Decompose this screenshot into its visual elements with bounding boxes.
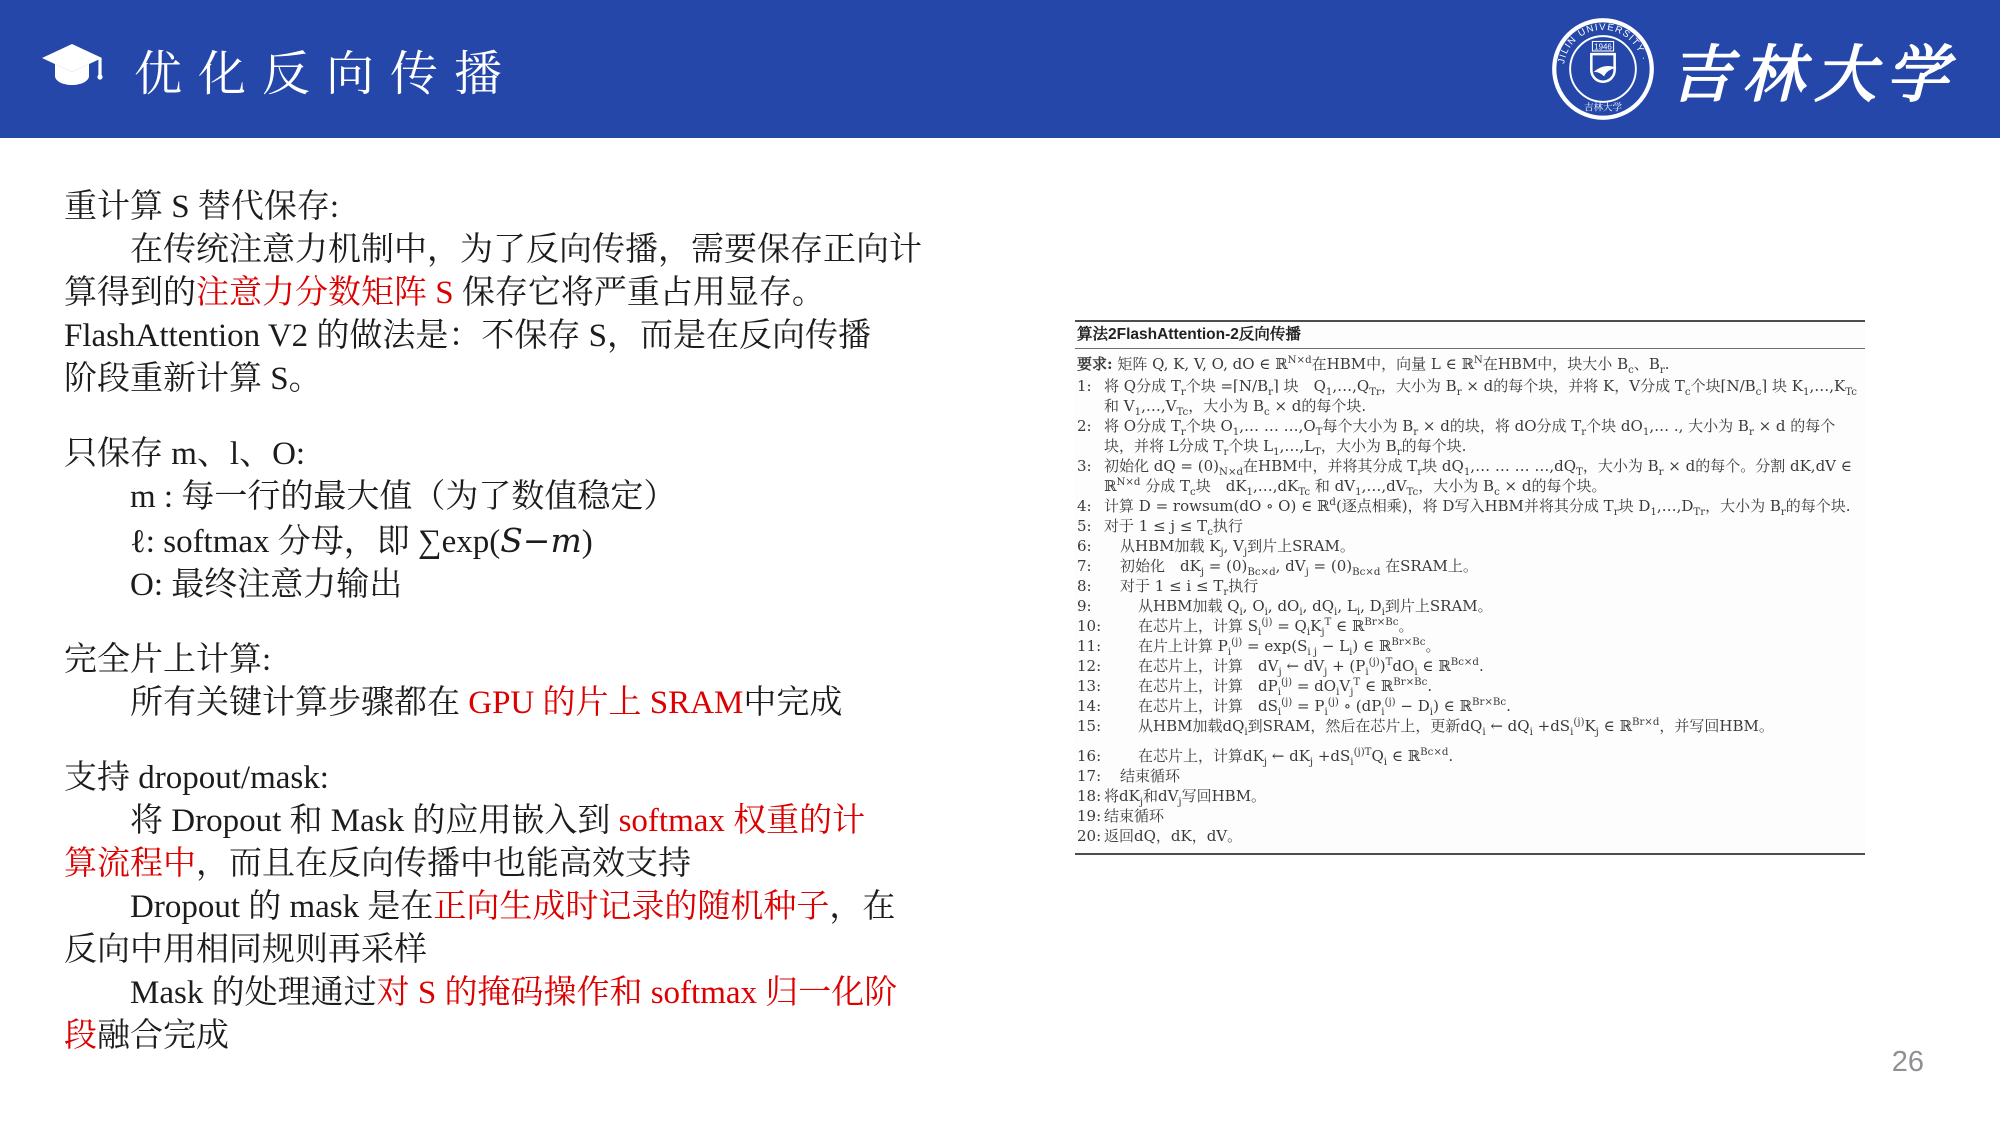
highlighted-text: 段: [64, 1018, 97, 1054]
content-column: 重计算 S 替代保存: 在传统注意力机制中，为了反向传播，需要保存正向计算得到的…: [64, 186, 1054, 1090]
list-item-l: ℓ: softmax 分母，即 ∑exp(S−m): [64, 519, 1054, 564]
algorithm-line: 15:从HBM加载dQi到SRAM，然后在芯片上，更新dQi ← dQi +dS…: [1077, 716, 1863, 736]
requirement-text: 矩阵 Q, K, V, O, dO ∈ ℝN×d在HBM中，向量 L ∈ ℝN在…: [1113, 355, 1670, 373]
section-heading: 支持 dropout/mask:: [64, 757, 1054, 800]
line-text: 返回dQ，dK，dV。: [1104, 826, 1863, 846]
algorithm-line: 10:在芯片上，计算 Si(j) = QiKjT ∈ ℝBr×Bc。: [1077, 616, 1863, 636]
line-text: 在芯片上，计算 dPi(j) = dOiVjT ∈ ℝBr×Bc.: [1104, 676, 1863, 696]
text-run: ，在: [829, 889, 895, 925]
line-text: 在芯片上，计算dKj ← dKj +dSi(j)TQi ∈ ℝBc×d.: [1104, 746, 1863, 766]
algorithm-lines: 1:将 Q分成 Tr个块 =⌈N/Br⌉ 块 Q1,…,QTr，大小为 Br ×…: [1077, 376, 1863, 846]
line-text: 计算 D = rowsum(dO ∘ O) ∈ ℝd(逐点相乘)，将 D写入HB…: [1104, 496, 1863, 516]
line-text: 结束循环: [1104, 766, 1863, 786]
text-run: FlashAttention V2 的做法是：不保存 S，而是在反向传播: [64, 318, 871, 354]
line-text: 在芯片上，计算 dSi(j) = Pi(j) ∘ (dPi(j) − Di) ∈…: [1104, 696, 1863, 716]
algorithm-line: 14:在芯片上，计算 dSi(j) = Pi(j) ∘ (dPi(j) − Di…: [1077, 696, 1863, 716]
line-number: 20:: [1077, 826, 1104, 846]
section-paragraph: 在传统注意力机制中，为了反向传播，需要保存正向计算得到的注意力分数矩阵 S 保存…: [64, 229, 1054, 401]
line-number: 18:: [1077, 786, 1104, 806]
line-text: 初始化 dKj = (0)Bc×d, dVj = (0)Bc×d 在SRAM上。: [1104, 556, 1863, 576]
line-number: 4:: [1077, 496, 1104, 516]
line-number: 5:: [1077, 516, 1104, 536]
line-number: 6:: [1077, 536, 1104, 556]
text-run: ，而且在反向传播中也能高效支持: [196, 846, 691, 882]
line-number: 17:: [1077, 766, 1104, 786]
algorithm-line: 5:对于 1 ≤ j ≤ Tc执行: [1077, 516, 1863, 536]
line-text: 在芯片上，计算 Si(j) = QiKjT ∈ ℝBr×Bc。: [1104, 616, 1863, 636]
text-run: 中完成: [743, 685, 842, 721]
algorithm-line: 16:在芯片上，计算dKj ← dKj +dSi(j)TQi ∈ ℝBc×d.: [1077, 746, 1863, 766]
seal-bottom-text: 吉林大学: [1584, 101, 1623, 113]
line-number: 8:: [1077, 576, 1104, 596]
line-text: 对于 1 ≤ i ≤ Tr执行: [1104, 576, 1863, 596]
page-number: 26: [1892, 1046, 1924, 1079]
algorithm-line: 2:将 O分成 Tr个块 O1,… … …,OT每个大小为 Br × d的块，将…: [1077, 416, 1863, 456]
section-dropout-mask: 支持 dropout/mask: 将 Dropout 和 Mask 的应用嵌入到…: [64, 757, 1054, 1058]
algorithm-line: 13:在芯片上，计算 dPi(j) = dOiVjT ∈ ℝBr×Bc.: [1077, 676, 1863, 696]
line-text: 从HBM加载 Qi, Oi, dOi, dQi, Li, Di到片上SRAM。: [1104, 596, 1863, 616]
requirement-label: 要求:: [1077, 355, 1113, 373]
line-text: 将 Q分成 Tr个块 =⌈N/Br⌉ 块 Q1,…,QTr，大小为 Br × d…: [1104, 376, 1863, 416]
algorithm-line: 6:从HBM加载 Kj, Vj到片上SRAM。: [1077, 536, 1863, 556]
text-run: 阶段重新计算 S。: [64, 361, 322, 397]
text-run: ): [582, 524, 593, 560]
text-run: 反向中用相同规则再采样: [64, 932, 427, 968]
text-run: ℓ: softmax 分母，即 ∑exp(: [130, 524, 500, 560]
algorithm-line: 3:初始化 dQ = (0)N×d在HBM中，并将其分成 Tr块 dQ1,… ……: [1077, 456, 1863, 496]
section-heading: 重计算 S 替代保存:: [64, 186, 1054, 229]
algorithm-line: 19:结束循环: [1077, 806, 1863, 826]
line-text: 从HBM加载dQi到SRAM，然后在芯片上，更新dQi ← dQi +dSi(j…: [1104, 716, 1863, 736]
line-text: 初始化 dQ = (0)N×d在HBM中，并将其分成 Tr块 dQ1,… … ……: [1104, 456, 1863, 496]
header: 优化反向传播 JILIN UNIVERSITY · CHINA 1946 吉林大…: [0, 0, 2000, 138]
section-heading: 只保存 m、l、O:: [64, 433, 1054, 476]
highlighted-text: 注意力分数矩阵 S: [196, 275, 454, 311]
line-text: 从HBM加载 Kj, Vj到片上SRAM。: [1104, 536, 1863, 556]
line-text: 在芯片上，计算 dVj ← dVj + (Pi(j))TdOi ∈ ℝBc×d.: [1104, 656, 1863, 676]
graduation-cap-icon: [40, 37, 104, 101]
university-logo: JILIN UNIVERSITY · CHINA 1946 吉林大学 吉林大学: [1550, 8, 1958, 130]
section-paragraph: 所有关键计算步骤都在 GPU 的片上 SRAM中完成: [64, 682, 1054, 725]
text-run: 所有关键计算步骤都在: [64, 685, 468, 721]
algorithm-line: 20:返回dQ，dK，dV。: [1077, 826, 1863, 846]
line-number: 13:: [1077, 676, 1104, 696]
section-only-save-mlo: 只保存 m、l、O: m : 每一行的最大值（为了数值稳定） ℓ: softma…: [64, 433, 1054, 607]
section-heading: 完全片上计算:: [64, 639, 1054, 682]
text-run: O: 最终注意力输出: [130, 567, 402, 603]
line-number: 10:: [1077, 616, 1104, 636]
highlighted-text: 正向生成时记录的随机种子: [433, 889, 829, 925]
text-run: Mask 的处理通过: [64, 975, 377, 1011]
algorithm-title: 算法2FlashAttention-2反向传播: [1075, 320, 1865, 349]
highlighted-text: softmax 权重的计: [619, 803, 866, 839]
highlighted-text: GPU 的片上 SRAM: [468, 685, 743, 721]
text-run: S−m: [500, 521, 582, 560]
slide: 优化反向传播 JILIN UNIVERSITY · CHINA 1946 吉林大…: [0, 0, 2000, 1125]
line-number: 11:: [1077, 636, 1104, 656]
page-title: 优化反向传播: [134, 35, 518, 104]
algorithm-figure: 算法2FlashAttention-2反向传播 要求: 矩阵 Q, K, V, …: [1075, 320, 1865, 855]
university-seal-icon: JILIN UNIVERSITY · CHINA 1946 吉林大学: [1550, 16, 1656, 122]
algorithm-line: 4:计算 D = rowsum(dO ∘ O) ∈ ℝd(逐点相乘)，将 D写入…: [1077, 496, 1863, 516]
line-text: 对于 1 ≤ j ≤ Tc执行: [1104, 516, 1863, 536]
algorithm-line: 18:将dKj和dVj写回HBM。: [1077, 786, 1863, 806]
algorithm-line: 8:对于 1 ≤ i ≤ Tr执行: [1077, 576, 1863, 596]
text-run: 融合完成: [97, 1018, 229, 1054]
text-run: 将 Dropout 和 Mask 的应用嵌入到: [64, 803, 619, 839]
line-text: 将dKj和dVj写回HBM。: [1104, 786, 1863, 806]
text-run: m : 每一行的最大值（为了数值稳定）: [130, 479, 676, 515]
text-run: Dropout 的 mask 是在: [64, 889, 433, 925]
line-number: 7:: [1077, 556, 1104, 576]
line-number: 14:: [1077, 696, 1104, 716]
line-number: 2:: [1077, 416, 1104, 456]
text-run: 在传统注意力机制中，为了反向传播，需要保存正向计: [64, 232, 922, 268]
line-text: 在片上计算 Pi(j) = exp(Si j − Li) ∈ ℝBr×Bc。: [1104, 636, 1863, 656]
university-name: 吉林大学: [1670, 25, 1958, 114]
text-run: 保存它将严重占用显存。: [454, 275, 825, 311]
list-item-m: m : 每一行的最大值（为了数值稳定）: [64, 476, 1054, 519]
algorithm-line: 7:初始化 dKj = (0)Bc×d, dVj = (0)Bc×d 在SRAM…: [1077, 556, 1863, 576]
algorithm-body: 要求: 矩阵 Q, K, V, O, dO ∈ ℝN×d在HBM中，向量 L ∈…: [1075, 349, 1865, 855]
line-number: 12:: [1077, 656, 1104, 676]
section-paragraph: 将 Dropout 和 Mask 的应用嵌入到 softmax 权重的计算流程中…: [64, 800, 1054, 1058]
line-number: 15:: [1077, 716, 1104, 736]
line-number: 9:: [1077, 596, 1104, 616]
highlighted-text: 算流程中: [64, 846, 196, 882]
algorithm-requirement: 要求: 矩阵 Q, K, V, O, dO ∈ ℝN×d在HBM中，向量 L ∈…: [1077, 354, 1863, 374]
section-recompute-s: 重计算 S 替代保存: 在传统注意力机制中，为了反向传播，需要保存正向计算得到的…: [64, 186, 1054, 401]
algorithm-line: 1:将 Q分成 Tr个块 =⌈N/Br⌉ 块 Q1,…,QTr，大小为 Br ×…: [1077, 376, 1863, 416]
algorithm-line: 12:在芯片上，计算 dVj ← dVj + (Pi(j))TdOi ∈ ℝBc…: [1077, 656, 1863, 676]
algorithm-line: 11:在片上计算 Pi(j) = exp(Si j − Li) ∈ ℝBr×Bc…: [1077, 636, 1863, 656]
text-run: 算得到的: [64, 275, 196, 311]
line-text: 结束循环: [1104, 806, 1863, 826]
section-on-chip: 完全片上计算: 所有关键计算步骤都在 GPU 的片上 SRAM中完成: [64, 639, 1054, 725]
algorithm-line: 9:从HBM加载 Qi, Oi, dOi, dQi, Li, Di到片上SRAM…: [1077, 596, 1863, 616]
line-number: 3:: [1077, 456, 1104, 496]
line-number: 16:: [1077, 746, 1104, 766]
algorithm-line: 17:结束循环: [1077, 766, 1863, 786]
line-number: 19:: [1077, 806, 1104, 826]
line-number: 1:: [1077, 376, 1104, 416]
highlighted-text: 对 S 的掩码操作和 softmax 归一化阶: [377, 975, 898, 1011]
line-text: 将 O分成 Tr个块 O1,… … …,OT每个大小为 Br × d的块，将 d…: [1104, 416, 1863, 456]
list-item-o: O: 最终注意力输出: [64, 564, 1054, 607]
seal-year: 1946: [1594, 42, 1612, 51]
